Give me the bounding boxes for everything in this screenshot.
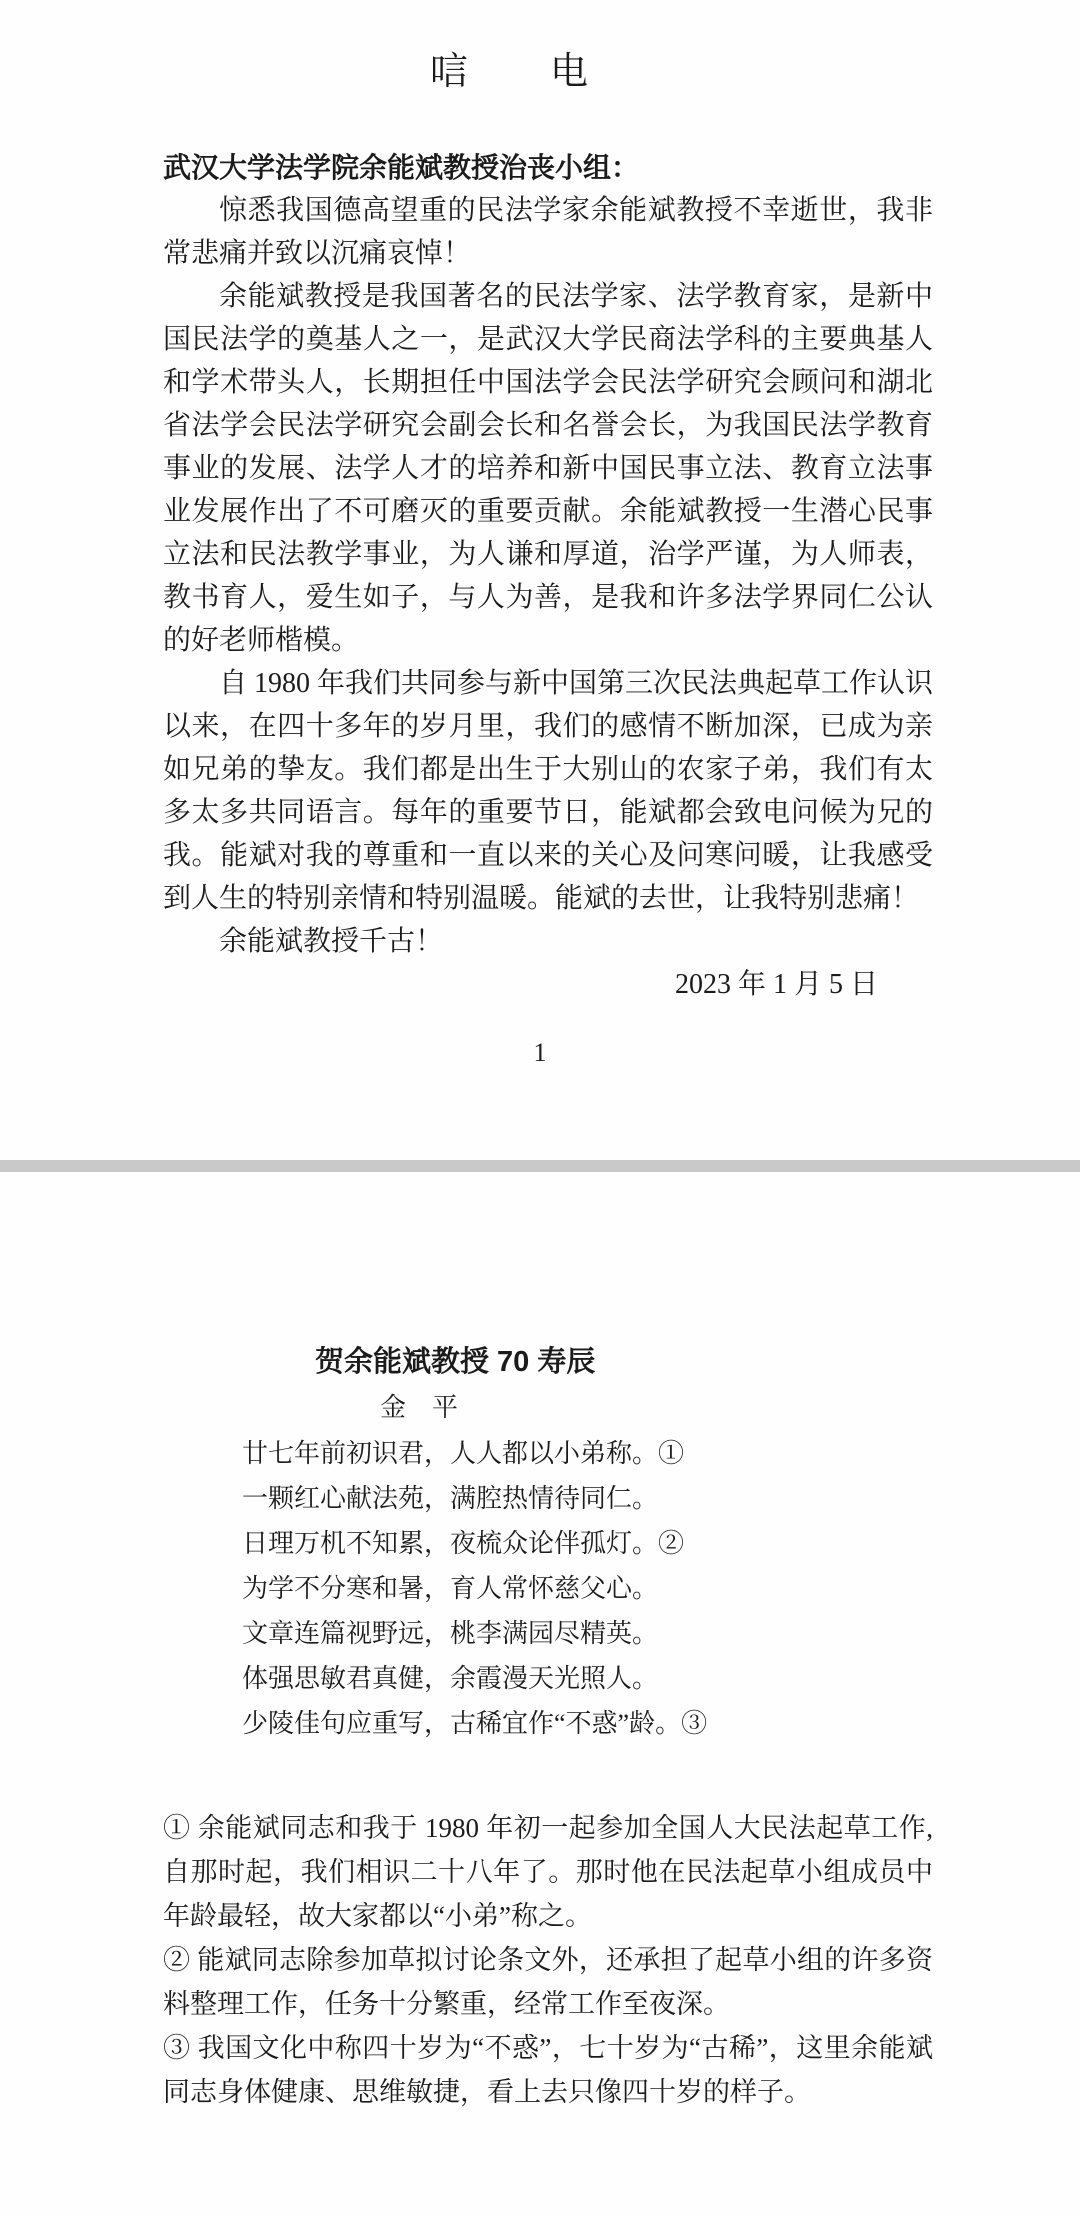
closing-line: 余能斌教授千古！ <box>163 920 933 963</box>
paragraph-1: 惊悉我国德高望重的民法学家余能斌教授不幸逝世，我非常悲痛并致以沉痛哀悼！ <box>163 189 933 275</box>
salutation-line: 武汉大学法学院余能斌教授治丧小组： <box>163 146 933 189</box>
poem-line: 少陵佳句应重写，古稀宜作“不惑”龄。③ <box>242 1701 1080 1746</box>
poem-line: 日理万机不知累，夜梳众论伴孤灯。② <box>242 1521 1080 1566</box>
page-number: 1 <box>0 1040 1080 1066</box>
page1-body: 武汉大学法学院余能斌教授治丧小组： 惊悉我国德高望重的民法学家余能斌教授不幸逝世… <box>163 146 933 1006</box>
page-2: 贺余能斌教授 70 寿辰 金 平 廿七年前初识君，人人都以小弟称。① 一颗红心献… <box>0 1172 1080 2216</box>
poem-line: 文章连篇视野远，桃李满园尽精英。 <box>242 1611 1080 1656</box>
scanned-document: 唁 电 武汉大学法学院余能斌教授治丧小组： 惊悉我国德高望重的民法学家余能斌教授… <box>0 0 1080 2216</box>
poem-line: 为学不分寒和暑，育人常怀慈父心。 <box>242 1566 1080 1611</box>
page1-title: 唁 电 <box>0 0 1020 94</box>
poem-line: 廿七年前初识君，人人都以小弟称。① <box>242 1431 1080 1476</box>
date-line: 2023 年 1 月 5 日 <box>163 963 933 1006</box>
poem-line: 体强思敏君真健，余霞漫天光照人。 <box>242 1656 1080 1701</box>
footnotes-block: ① 余能斌同志和我于 1980 年初一起参加全国人大民法起草工作, 自那时起，我… <box>163 1806 933 2114</box>
poem-block: 廿七年前初识君，人人都以小弟称。① 一颗红心献法苑，满腔热情待同仁。 日理万机不… <box>242 1431 1080 1746</box>
footnote-3: ③ 我国文化中称四十岁为“不惑”，七十岁为“古稀”，这里余能斌同志身体健康、思维… <box>163 2026 933 2114</box>
page-1: 唁 电 武汉大学法学院余能斌教授治丧小组： 惊悉我国德高望重的民法学家余能斌教授… <box>0 0 1080 1160</box>
page2-title: 贺余能斌教授 70 寿辰 <box>315 1172 1080 1385</box>
footnote-1: ① 余能斌同志和我于 1980 年初一起参加全国人大民法起草工作, 自那时起，我… <box>163 1806 933 1938</box>
paragraph-3: 自 1980 年我们共同参与新中国第三次民法典起草工作认识以来，在四十多年的岁月… <box>163 662 933 920</box>
poem-line: 一颗红心献法苑，满腔热情待同仁。 <box>242 1476 1080 1521</box>
page-divider <box>0 1160 1080 1172</box>
paragraph-2: 余能斌教授是我国著名的民法学家、法学教育家，是新中国民法学的奠基人之一，是武汉大… <box>163 275 933 662</box>
footnote-2: ② 能斌同志除参加草拟讨论条文外，还承担了起草小组的许多资料整理工作，任务十分繁… <box>163 1938 933 2026</box>
poem-author: 金 平 <box>380 1385 1080 1431</box>
